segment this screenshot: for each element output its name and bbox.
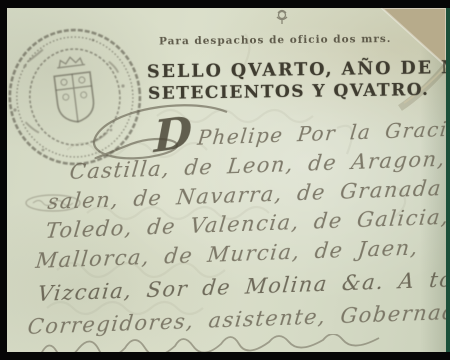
letterbox-top bbox=[0, 0, 450, 8]
manuscript-line: Vizcaia, Sor de Molina &a. A todos bbox=[36, 266, 446, 306]
printed-title-line1: SELLO QVARTO, AÑO DE MIL bbox=[147, 58, 446, 83]
video-frame: Para despachos de oficio dos mrs. SELLO … bbox=[0, 0, 450, 360]
illuminated-initial: D bbox=[154, 107, 192, 163]
video-right-edge bbox=[446, 8, 450, 352]
letterbox-left bbox=[0, 0, 7, 360]
printed-tax-line: Para despachos de oficio dos mrs. bbox=[159, 33, 439, 48]
letterbox-bottom bbox=[0, 352, 450, 360]
manuscript-line-text: Phelipe Por la Gracia de Dios bbox=[196, 113, 446, 150]
manuscript-line: Corregidores, asistente, Gobernadores bbox=[26, 298, 446, 339]
printer-mark-icon bbox=[271, 8, 293, 28]
royal-ink-seal bbox=[7, 26, 155, 168]
parchment-page: Para despachos de oficio dos mrs. SELLO … bbox=[7, 8, 446, 352]
